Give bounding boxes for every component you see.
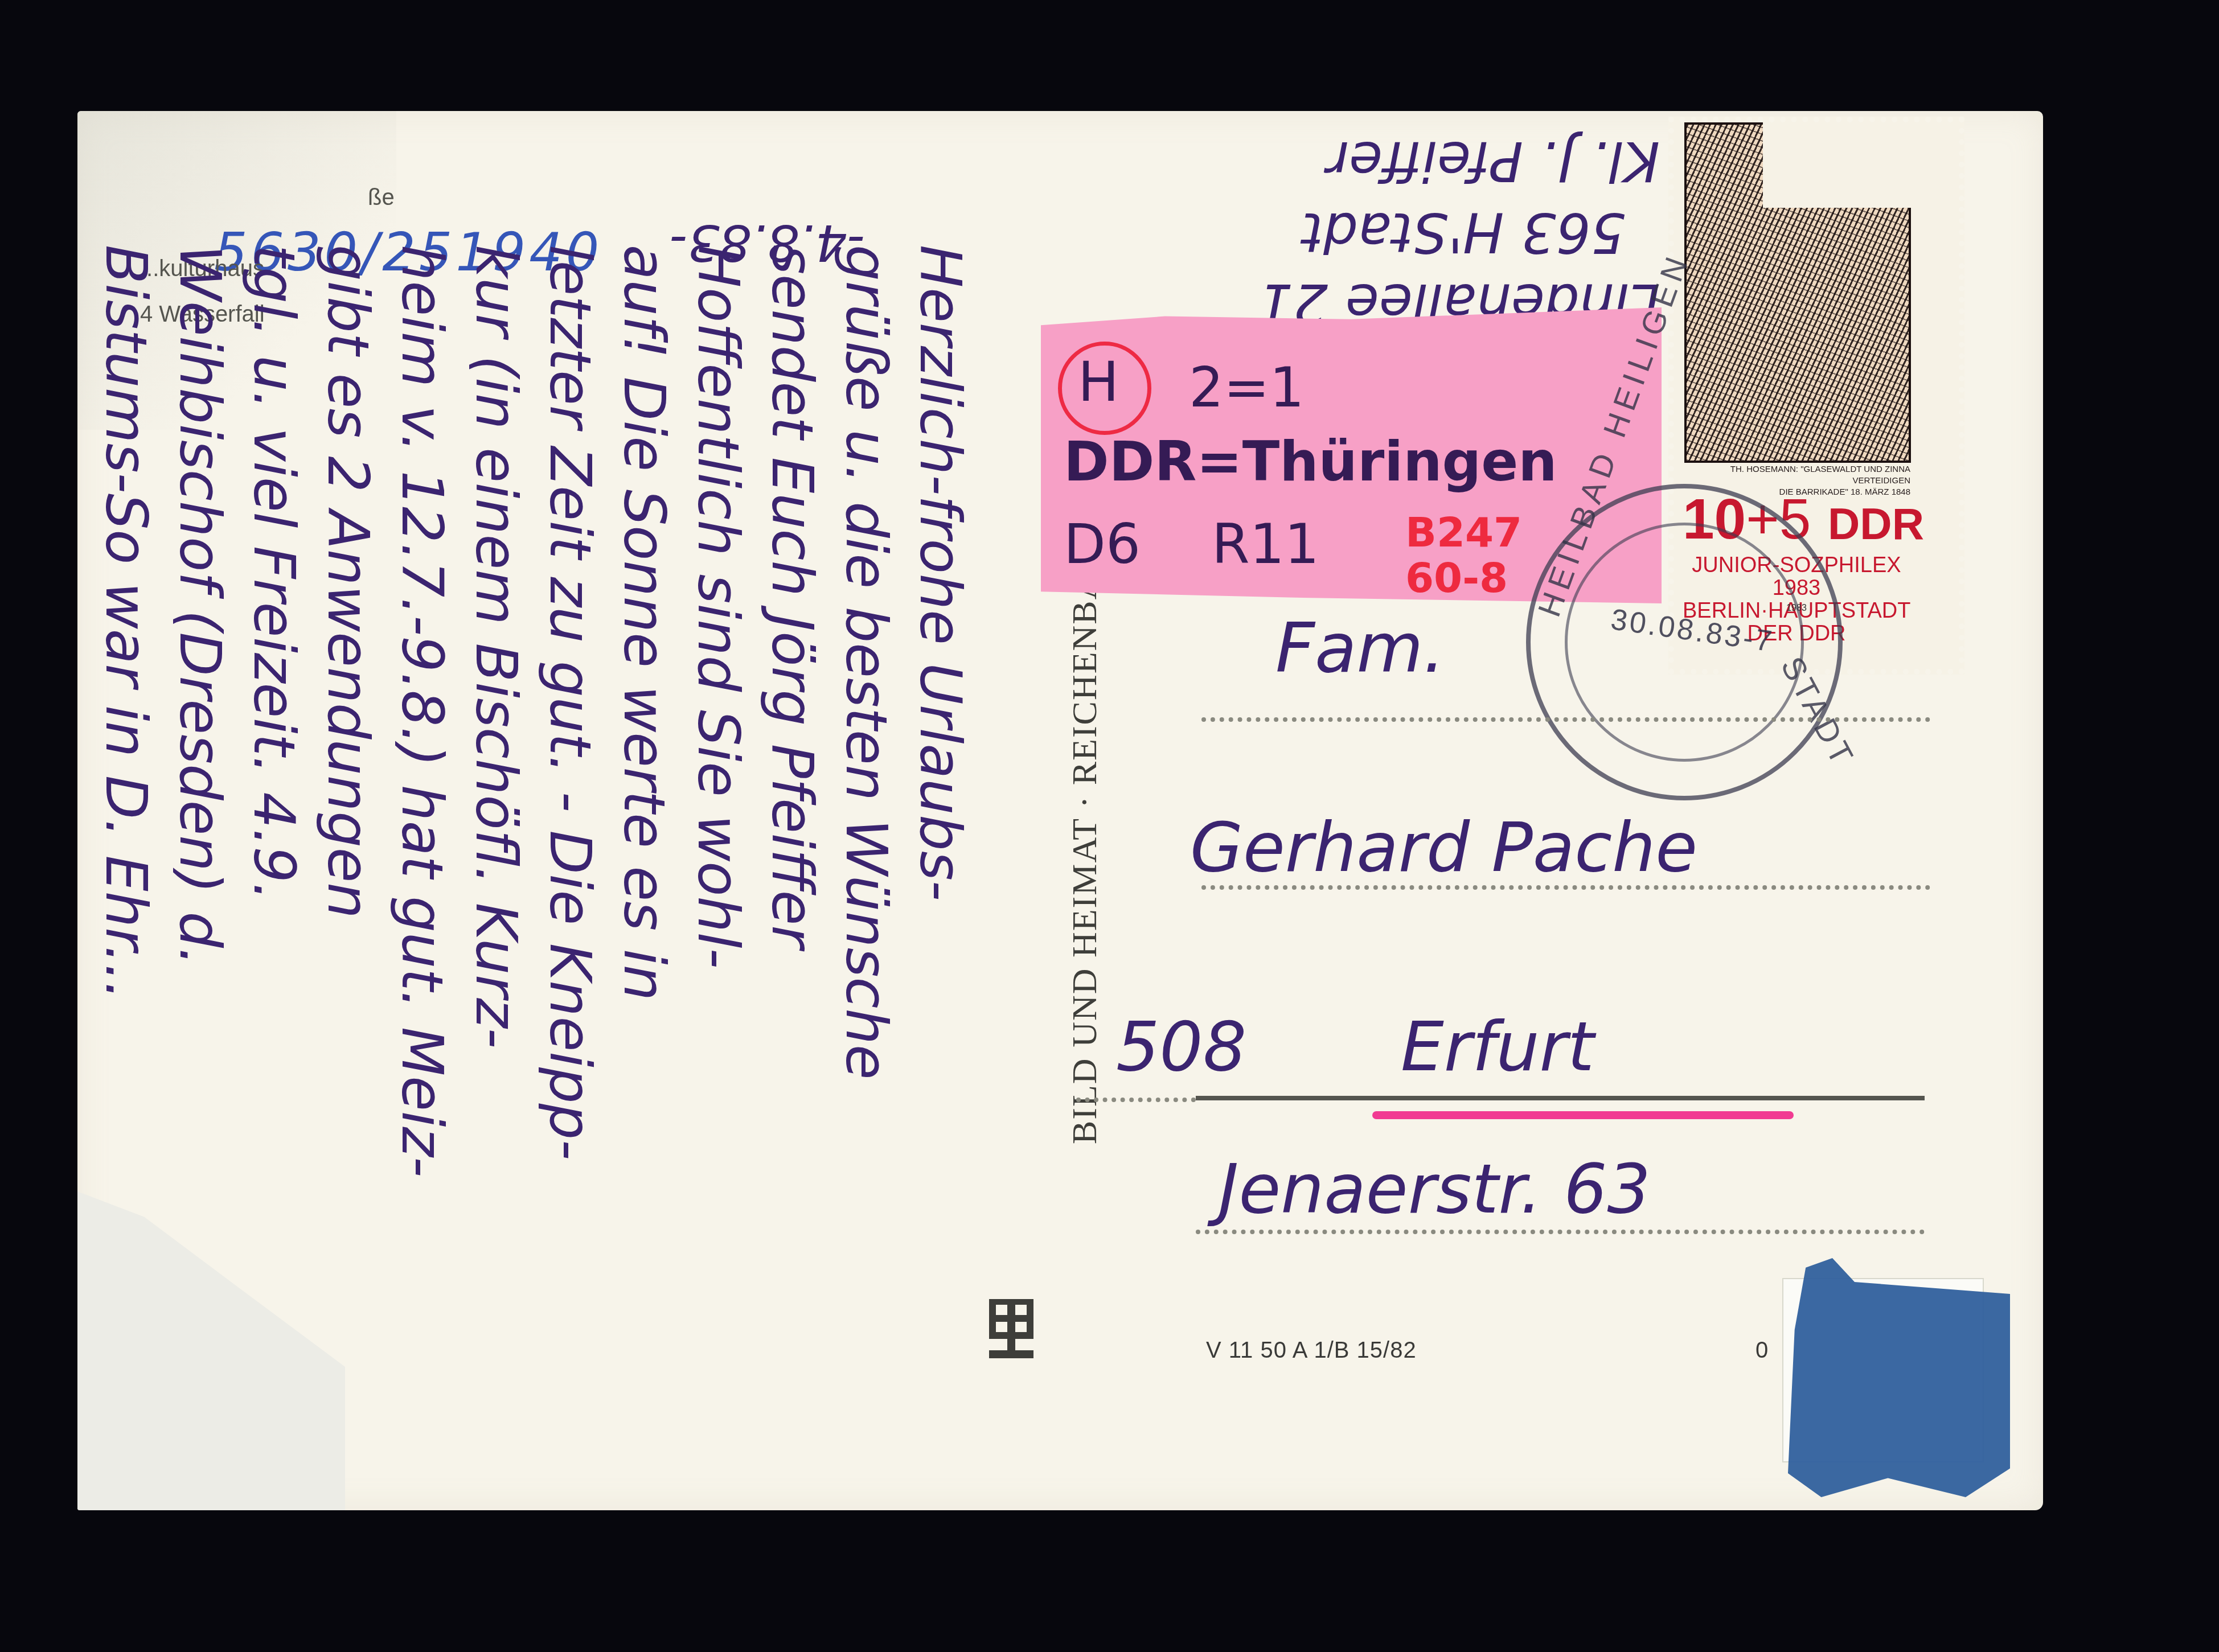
- address-street: Jenaerstr. 63: [1219, 1150, 1651, 1229]
- message-line: gibt es 2 Anwendungen: [315, 245, 382, 919]
- label-ref-left: D6: [1064, 512, 1141, 576]
- print-code-tail: 0: [1755, 1338, 1768, 1363]
- stamp-country: DDR: [1828, 498, 1924, 550]
- sender-line: Kl. J. Pfeiffer: [1102, 125, 1660, 196]
- message-line: Weihbischof (Dresden) d.: [167, 245, 233, 966]
- label-circled-letter: H: [1078, 350, 1119, 414]
- label-ref-mid: R11: [1212, 512, 1319, 576]
- address-rule-4: [1196, 1230, 1925, 1234]
- handwritten-message: Herzlich-frohe Urlaubs- grüße u. die bes…: [85, 245, 968, 1526]
- address-rule-2: [1201, 885, 1930, 890]
- label-red-note-1: B247: [1405, 509, 1522, 555]
- sender-address: Lindenallee 21 563 H'Stadt Kl. J. Pfeiff…: [1102, 125, 1660, 339]
- city-highlight: [1372, 1111, 1794, 1119]
- message-line: auf! Die Sonne werte es in: [611, 245, 678, 1001]
- message-line: heim v. 12.7.-9.8.) hat gut. Meiz-: [389, 245, 456, 1177]
- address-rule-1: [1201, 717, 1930, 722]
- message-line: kur (in einem Bischöfl. Kurz-: [463, 245, 530, 1049]
- message-line: Hoffentlich sind Sie wohl-: [685, 245, 752, 969]
- message-line: letzter Zeit zu gut. - Die Kneipp-: [537, 245, 604, 1160]
- label-region: DDR=Thüringen: [1064, 430, 1557, 494]
- address-rule-3: [1196, 1096, 1925, 1100]
- address-rule-3a: [1076, 1098, 1196, 1102]
- address-city: Erfurt: [1401, 1008, 1594, 1087]
- postmark: HEILBAD HEILIGEN STADT 30.08.83-7: [1526, 484, 1843, 800]
- blue-crayon-mark: [1771, 1252, 2016, 1503]
- message-line: Herzlich-frohe Urlaubs-: [907, 245, 974, 901]
- print-code: V 11 50 A 1/B 15/82: [1206, 1338, 1417, 1363]
- address-salutation: Fam.: [1275, 609, 1445, 688]
- address-name: Gerhard Pache: [1190, 808, 1697, 887]
- caption-fragment-1: ße: [368, 185, 395, 211]
- message-line: grüße u. die besten Wünsche: [833, 245, 900, 1079]
- message-line: tgl. u. viel Freizeit. 4.9.: [241, 245, 307, 901]
- stamp-artwork: [1684, 122, 1911, 463]
- address-postcode: 508: [1116, 1008, 1246, 1087]
- sender-line: 563 H'Stadt: [1102, 196, 1660, 268]
- message-line: sendet Euch Jörg Pfeiffer: [759, 245, 826, 948]
- label-red-note-2: 60-8: [1405, 555, 1508, 601]
- label-ratio: 2=1: [1189, 356, 1305, 420]
- message-line: Bistums-So war in D. Ehr...: [93, 245, 159, 1000]
- publisher-logo-icon: [987, 1297, 1036, 1361]
